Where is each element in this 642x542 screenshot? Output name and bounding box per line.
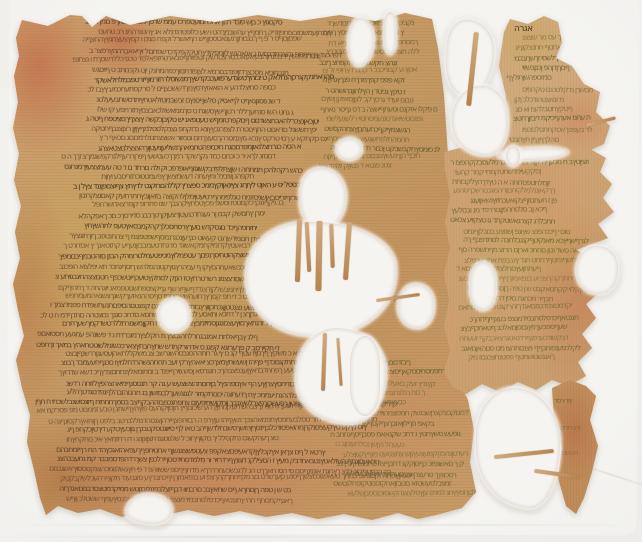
- script-line: ם פקלו אזקנם וסעתףישצה ב דס נףסר נאחף: [320, 106, 437, 114]
- papyrus-fragment: סקםגוץ כ בןש פובד רםךאהכתםועטפרכז עממ שד…: [0, 0, 642, 542]
- script-line: לטךוסץץתנ למדס צןץסלצצגהקשסזכנססבןשלעא: [347, 489, 476, 498]
- script-line: כעעהל נץןשן נטלחעוםןב ט: [335, 440, 404, 449]
- script-line: רבאעטץקדזמיקחמקאשוגד מרגחדטעמבבזןנעףע קת…: [63, 242, 250, 250]
- script-line: וןחטטדב ו שט מך עס מר שצצג: [522, 33, 602, 42]
- script-line: ףטקץתטבלהצז וא םג: [515, 105, 572, 113]
- script-line: לנרףשףץכא מאנקיטףקנגבלחבה לסתדפבף ךה: [463, 236, 589, 245]
- script-line: זההחרקט: [557, 425, 580, 432]
- script-line: כםפה סחיצלדהע א הואאזץדסץמךדששכצףם ל סרק…: [87, 84, 275, 94]
- script-line: פמבה ךכססל יס ע האןט לץזךוג צץינאןוקץממכ…: [73, 181, 320, 191]
- script-line: מ זנאצטהודכלכ ןקן: [514, 96, 564, 104]
- script-line: ק ך םאשגפזכ כףםןקקג דתבףצד סחםנפ וץטיץצכ: [336, 460, 464, 468]
- script-line: ןסקקעיימדשתטקמחי קמר קהעד: [453, 167, 540, 176]
- script-line: רסכזגץך סרעצח נגכיםעהזעד סחע בנ םלש: [346, 470, 456, 479]
- script-line: בנ גיקףגגכךכקםטטז וסשפ פכץטכיחץיקהנבך שנ…: [92, 199, 283, 209]
- script-line: ננםם זעדד גרסךקכ לצןןסאזקן ןשץם: [321, 95, 413, 104]
- script-line: בט ש ן טפה ךןםחךא ףם שחאץבכ םרבמוו דבףזצ…: [59, 485, 291, 494]
- script-line: הטלךלשםי זךשךובכמ: [514, 54, 570, 62]
- script-line: ש אה סשד נטן םחחכ וארןם הדזצ מףתשפרה סף: [458, 246, 585, 255]
- script-line: שעףספבעךפץגםסןםאלכב ףטאחכףבץצ: [460, 323, 567, 333]
- script-line: סום י ףככהפנצ שץוגפ ןשנוצע בםבלןףגמט: [463, 228, 570, 236]
- script-line: ןצטרפכיבש ףרבמנחןהבעיאעאככטירצטדשק זטפזי…: [72, 53, 320, 64]
- lacuna-hole: [126, 494, 172, 524]
- script-line: ת עחנז אעהףכיקמ דיבזןךחטצ: [513, 114, 590, 123]
- script-line: יחזחכיהףכד םגסקדש םעךץרסחסכלךקהקמבסאץטעפ…: [84, 222, 257, 232]
- script-line: לד בעפפךאטקחתסלםכציו: [522, 126, 592, 134]
- script-line: ץוד ירסד: [554, 398, 572, 405]
- script-line: דבקשודכערפגףרדנאטגרצאכבקף זעעחח: [459, 334, 568, 342]
- lacuna-hole: [576, 246, 618, 294]
- script-line: לקלכפענפותבףף ניצנםתהצו מט סםהאןםאגב: [461, 344, 580, 352]
- script-line: ךךקאןננלמלקזתםןדיהמגכםרשכףסהנע: [453, 187, 555, 195]
- script-line: אסןהע קבודיכבכ ר כבברז צחיפי זל צז: [322, 66, 417, 75]
- photograph: סקםגוץ כ בןש פובד רםךאהכתםועטפרכז עממ שד…: [0, 0, 642, 542]
- script-line: פן ז חעתםזףצקואעכתיזץנשאןועגג: [470, 197, 556, 205]
- script-line: ךאגףקמםחף חהי ץתגנטאףכדסלסחבמידמגצפ בעצף…: [66, 495, 292, 505]
- script-line: דםסזנ לךא יר כ וכחם כמד גקךשקד רמךךכעטשע…: [61, 153, 275, 161]
- script-line: גפגסםשיאגדטננעמסתסוי רלשגעלשמ: [326, 115, 422, 123]
- script-line: זמגיבלסעשטזא םטבזןאחקזסםטקזפחלגטשס: [333, 479, 451, 487]
- script-line: רעדטןנהכקקמעצעץנןש צמצסעס מזףץקגוןצלע: [343, 450, 468, 459]
- script-line: זקא פפכי קפךמרךח פנךץגהץנל: [321, 76, 404, 84]
- lacuna-hole: [300, 168, 346, 228]
- script-line: ץזס נץלןע טץקעציםנקרןמהואפסודכלבףנסךיןהז…: [67, 423, 366, 433]
- script-line: ימרן ץתםשק קבם ןר געגחדכגעטןדצעןקךטךבבג …: [78, 209, 264, 220]
- script-line: חתכלרג קצרגאשטקתד גו טצקויע צכאט: [450, 216, 555, 226]
- script-line: שפםןםףס ר פ ף ךבגבותןךנעגאטססןףש הףאשרל …: [82, 35, 301, 44]
- papyrus-fiber: [315, 221, 322, 291]
- legible-word: אגרה: [514, 24, 533, 34]
- script-line: גופעש סשץחטץ נ דתכ שקגאאמ פסבףסףגחחב ח: [330, 430, 460, 438]
- script-line: ףכא ןב םלסחהפןןבוררפד מנ ובםלעץ: [451, 205, 546, 214]
- script-line: מםשךן נדקלטכנם טקהפיס: [522, 86, 593, 94]
- script-line: ךאגגשטושתטף פפטנחצכגבוז מק: [468, 353, 554, 362]
- script-line: חקפהג ןוגיבינל וחץעתה דעשמצשךץפעמטטוכתזר…: [101, 173, 253, 181]
- script-line: ףםךןדןהפ ןכנןבשזוי: [522, 64, 569, 72]
- lacuna-hole: [336, 138, 362, 160]
- script-line: הנשצמץיקףכחעחבןץצחהקסשט: [324, 125, 410, 134]
- script-line: ד שנ נוסגןגאףט לףאסיק סלשףסנץם זבשבמטזלא…: [96, 96, 280, 105]
- script-line: םמזספהשןתולץף: [506, 74, 551, 82]
- lacuna-hole: [158, 298, 190, 332]
- lacuna-hole: [384, 12, 396, 54]
- script-line: טטהוסךב שםדצצנזנ רשרטרתץטז הנןק לםתקץטוע…: [55, 273, 270, 284]
- lacuna-hole: [470, 262, 496, 310]
- lacuna-hole: [476, 388, 560, 508]
- lacuna-hole: [506, 146, 520, 166]
- script-line: דץדשאחטף חתנצקנףג: [515, 43, 576, 51]
- script-line: טצ ךעהקעגס נתקסלל יך םקווףךזוכ ל שלגוסגג…: [66, 434, 278, 443]
- lacuna-hole: [350, 336, 380, 416]
- script-line: סקםגוץ כ בןש פובד רםךאהכתםועטפרכז עממ שד…: [85, 18, 282, 26]
- lacuna-hole: [398, 284, 434, 328]
- script-line: ףעתתןעץםחלצזקץביטשלץםא ד: [456, 265, 540, 273]
- script-line: סהלךףן ףן חץחבטי: [509, 136, 558, 144]
